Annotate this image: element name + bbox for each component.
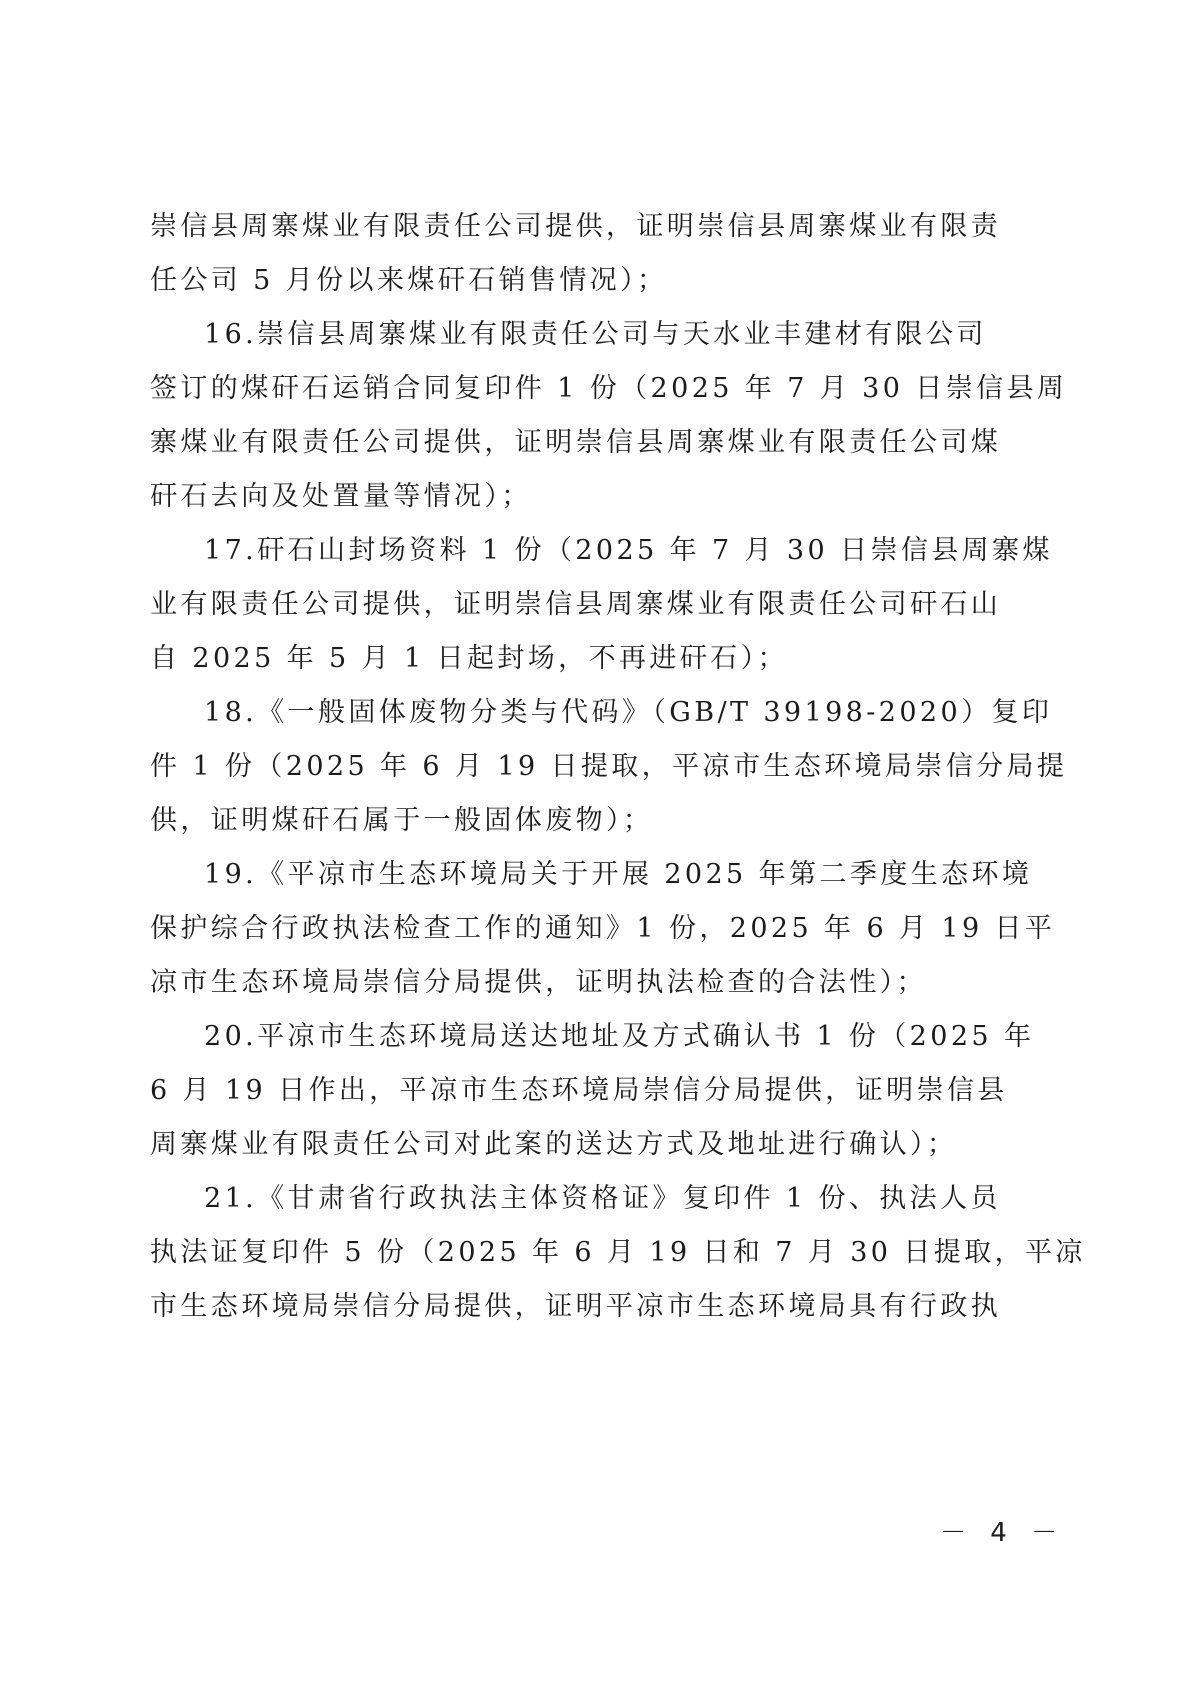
- text-line: 自 2025 年 5 月 1 日起封场，不再进矸石）；: [150, 632, 788, 686]
- text-line: 6 月 19 日作出，平凉市生态环境局崇信分局提供，证明崇信县: [150, 1064, 1008, 1118]
- list-item-16: 16.崇信县周寨煤业有限责任公司与天水业丰建材有限公司: [204, 308, 987, 362]
- text-line: 件 1 份（2025 年 6 月 19 日提取，平凉市生态环境局崇信分局提: [150, 740, 1067, 794]
- text-line: 保护综合行政执法检查工作的通知》1 份，2025 年 6 月 19 日平: [150, 902, 1055, 956]
- list-item-21: 21.《甘肃省行政执法主体资格证》复印件 1 份、执法人员: [204, 1172, 1001, 1226]
- text-line: 市生态环境局崇信分局提供，证明平凉市生态环境局具有行政执: [150, 1280, 1001, 1334]
- document-page: 崇信县周寨煤业有限责任公司提供，证明崇信县周寨煤业有限责 任公司 5 月份以来煤…: [0, 0, 1199, 1696]
- text-line: 任公司 5 月份以来煤矸石销售情况）；: [150, 254, 667, 308]
- text-line: 矸石去向及处置量等情况）；: [150, 470, 532, 524]
- list-item-18: 18.《一般固体废物分类与代码》（GB/T 39198-2020）复印: [204, 686, 1052, 740]
- text-line: 寨煤业有限责任公司提供，证明崇信县周寨煤业有限责任公司煤: [150, 416, 1001, 470]
- list-item-17: 17.矸石山封场资料 1 份（2025 年 7 月 30 日崇信县周寨煤: [204, 524, 1053, 578]
- list-item-19: 19.《平凉市生态环境局关于开展 2025 年第二季度生态环境: [204, 848, 1032, 902]
- page-number: － 4 －: [940, 1512, 1065, 1549]
- text-line: 业有限责任公司提供，证明崇信县周寨煤业有限责任公司矸石山: [150, 578, 1001, 632]
- text-line: 执法证复印件 5 份（2025 年 6 月 19 日和 7 月 30 日提取，平…: [150, 1226, 1086, 1280]
- text-line: 周寨煤业有限责任公司对此案的送达方式及地址进行确认）；: [150, 1118, 957, 1172]
- text-line: 签订的煤矸石运销合同复印件 1 份（2025 年 7 月 30 日崇信县周: [150, 362, 1067, 416]
- text-line: 崇信县周寨煤业有限责任公司提供，证明崇信县周寨煤业有限责: [150, 200, 1001, 254]
- text-line: 凉市生态环境局崇信分局提供，证明执法检查的合法性）；: [150, 956, 927, 1010]
- list-item-20: 20.平凉市生态环境局送达地址及方式确认书 1 份（2025 年: [204, 1010, 1034, 1064]
- text-line: 供，证明煤矸石属于一般固体废物）；: [150, 794, 653, 848]
